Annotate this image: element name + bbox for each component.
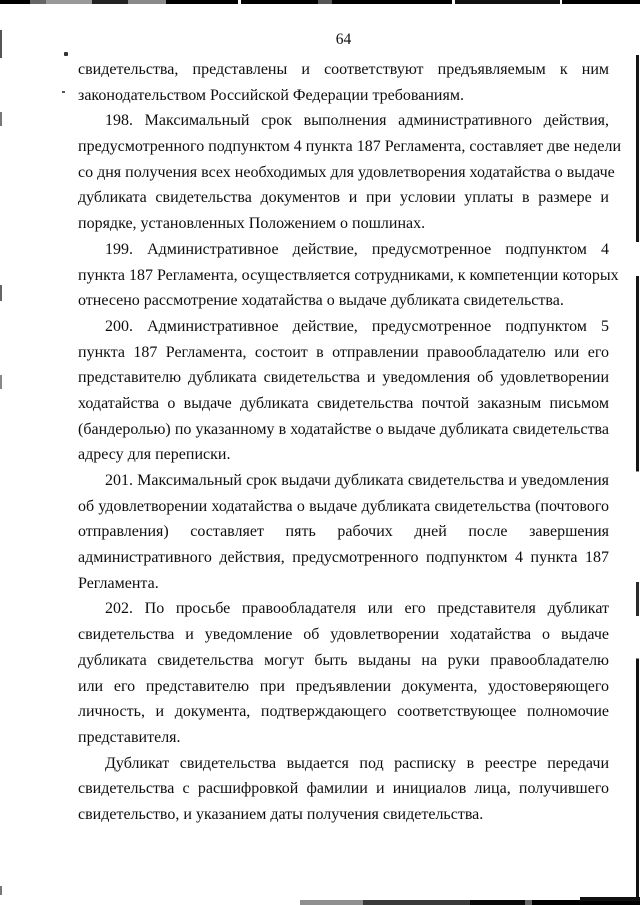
text-line: 198. Максимальный срок выполнения админи… [78,108,609,134]
scan-edge-mark [0,30,2,58]
text-line: об удовлетворении ходатайства о выдаче д… [78,494,609,520]
text-line: свидетельства и уведомление об удовлетво… [78,622,609,648]
text-line: административного действия, предусмотрен… [78,545,609,571]
paragraph: 200. Административное действие, предусмо… [78,314,609,468]
text-line: представителя. [78,725,609,751]
text-line: свидетельства с расшифровкой фамилии и и… [78,776,609,802]
scan-edge-mark [0,112,2,126]
text-line: свидетельства, представлены и соответств… [78,57,609,83]
text-line: отнесено рассмотрение ходатайства о выда… [78,288,609,314]
paragraph: 202. По просьбе правообладателя или его … [78,596,609,750]
text-line: или его представителю при предъявлении д… [78,674,609,700]
text-line: 202. По просьбе правообладателя или его … [78,596,609,622]
text-line: со дня получения всех необходимых для уд… [78,160,609,186]
scan-artifact-bottom-bar-right [580,897,640,901]
paragraph: 198. Максимальный срок выполнения админи… [78,108,609,236]
text-line: (бандеролью) по указанному в ходатайстве… [78,417,609,443]
paragraph: Дубликат свидетельства выдается под расп… [78,751,609,828]
scan-artifact-right-edge-line [636,55,639,905]
scan-edge-mark [0,375,2,389]
text-line: законодательством Российской Федерации т… [78,83,609,109]
text-line: дубликата свидетельства могут быть выдан… [78,648,609,674]
paragraph: свидетельства, представлены и соответств… [78,57,609,108]
document-page: { "page": { "number": "64" }, "document"… [0,0,640,905]
text-line: адресу для переписки. [78,442,609,468]
text-line: представителю дубликата свидетельства и … [78,365,609,391]
text-line: дубликата свидетельства документов и при… [78,185,609,211]
paragraph: 201. Максимальный срок выдачи дубликата … [78,468,609,596]
text-line: личность, и документа, подтверждающего с… [78,699,609,725]
text-line: порядке, установленных Положением о пошл… [78,211,609,237]
text-line: 201. Максимальный срок выдачи дубликата … [78,468,609,494]
text-line: Дубликат свидетельства выдается под расп… [78,751,609,777]
scan-edge-mark [0,886,2,895]
paragraph: 199. Административное действие, предусмо… [78,237,609,314]
text-line: пункта 187 Регламента, осуществляется со… [78,263,609,289]
text-line: Регламента. [78,571,609,597]
text-line: предусмотренного подпунктом 4 пункта 187… [78,134,609,160]
page-number: 64 [78,31,609,49]
scan-artifact-top-bar [0,0,640,4]
text-line: 200. Административное действие, предусмо… [78,314,609,340]
text-line: 199. Административное действие, предусмо… [78,237,609,263]
text-line: отправления) составляет пять рабочих дне… [78,519,609,545]
document-body: свидетельства, представлены и соответств… [78,57,609,828]
text-line: пункта 187 Регламента, состоит в отправл… [78,340,609,366]
scan-speck [64,52,68,56]
scan-edge-mark [0,285,2,301]
text-line: ходатайства о выдаче дубликата свидетель… [78,391,609,417]
scan-speck [62,91,65,93]
text-line: свидетельство, и указанием даты получени… [78,802,609,828]
